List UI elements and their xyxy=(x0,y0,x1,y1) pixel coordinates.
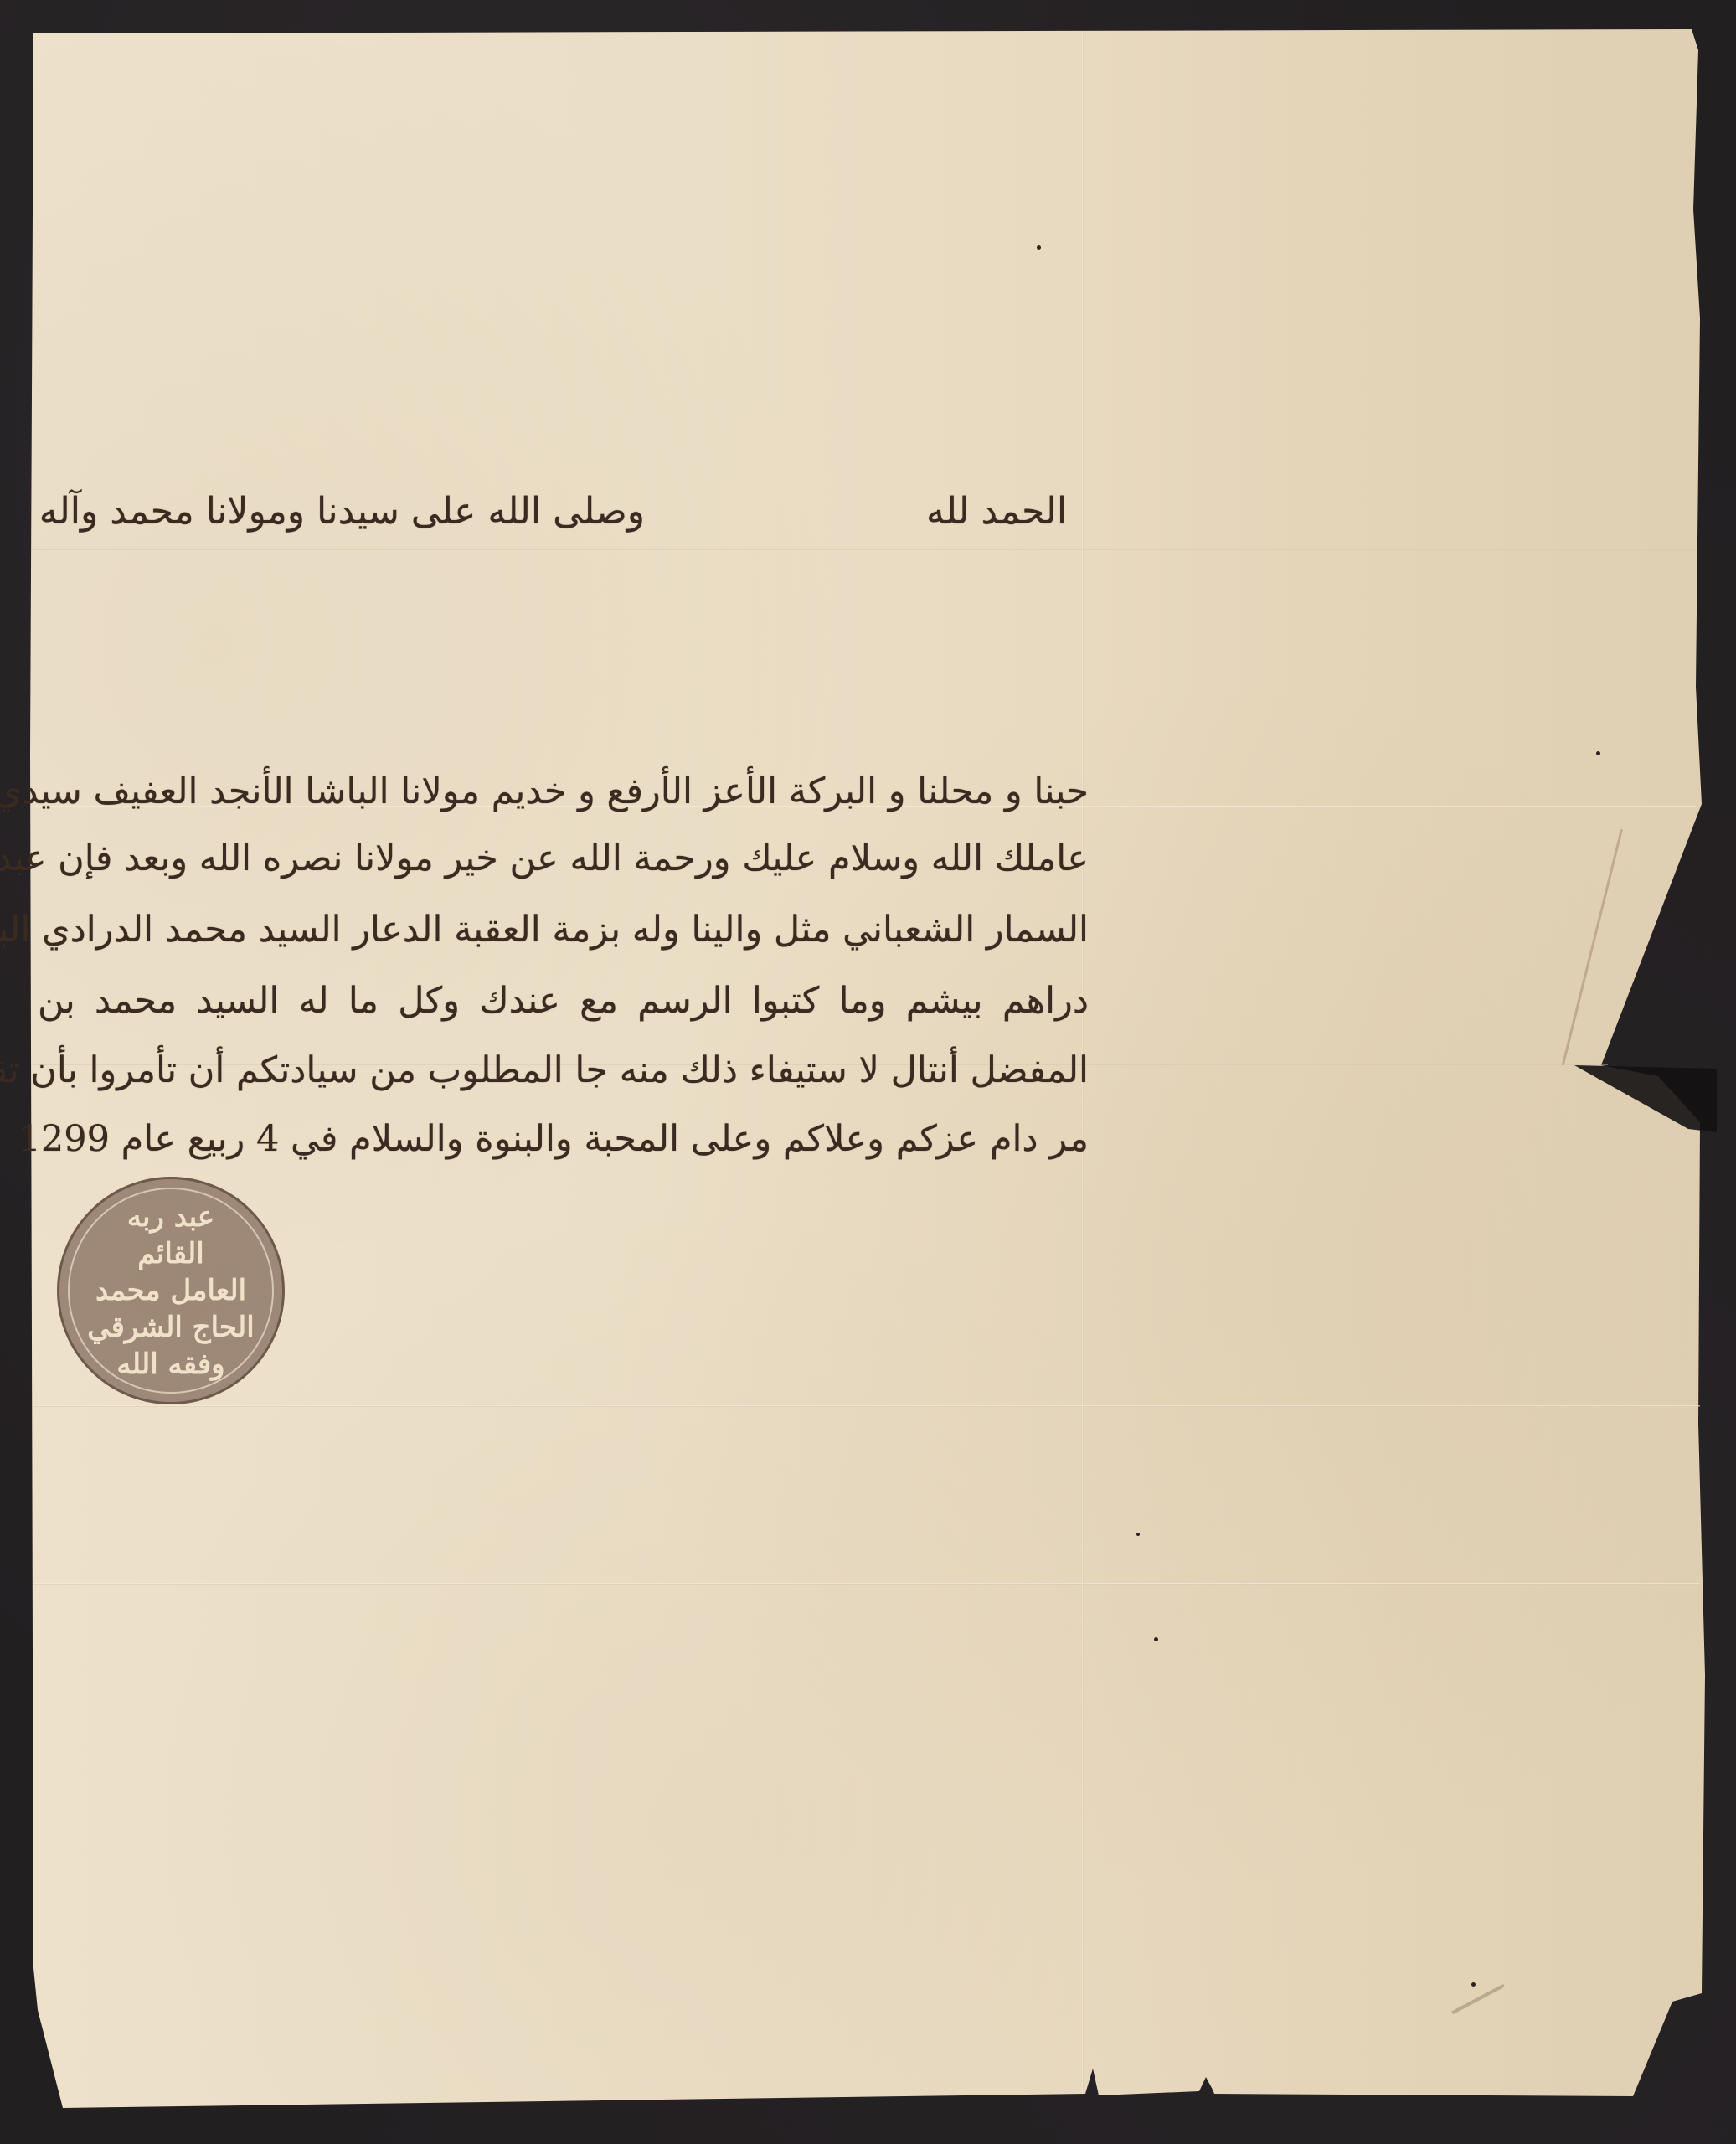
fold-line xyxy=(33,1583,1700,1585)
fold-line xyxy=(33,549,1696,550)
ink-speck xyxy=(1154,1637,1158,1641)
seal-text-line: العامل محمد xyxy=(95,1272,246,1309)
body-line-1: حبنا و محلنا و البركة الأعز الأرفع و خدي… xyxy=(38,770,1089,812)
fold-line xyxy=(33,1405,1700,1407)
body-line-4: دراهم بيشم وما كتبوا الرسم مع عندك وكل م… xyxy=(38,980,1089,1022)
ink-speck xyxy=(1037,245,1041,250)
body-line-3: السمار الشعباني مثل والينا وله بزمة العق… xyxy=(38,909,1089,951)
blessing-text: وصلى الله على سيدنا ومولانا محمد وآله xyxy=(126,490,645,533)
body-line-6-date: مر دام عزكم وعلاكم وعلى المحبة والبنوة و… xyxy=(38,1118,1089,1160)
ink-speck xyxy=(1471,1982,1476,1987)
seal-text-line: القائم xyxy=(137,1235,203,1272)
ink-speck xyxy=(1596,751,1600,755)
body-line-2: عاملك الله وسلام عليك ورحمة الله عن خير … xyxy=(38,837,1089,879)
ink-speck xyxy=(1136,1533,1140,1536)
ink-seal-stamp: عبد ربه القائم العامل محمد الحاج الشرقي … xyxy=(57,1177,285,1404)
body-line-5: المفضل أنتال لا ستيفاء ذلك منه جا المطلو… xyxy=(38,1049,1089,1091)
seal-text-line: الحاج الشرقي xyxy=(87,1309,254,1346)
seal-text-line: عبد ربه xyxy=(127,1198,214,1235)
invocation-text: الحمد لله xyxy=(904,490,1089,533)
seal-text-line: وفقه الله xyxy=(116,1346,224,1383)
